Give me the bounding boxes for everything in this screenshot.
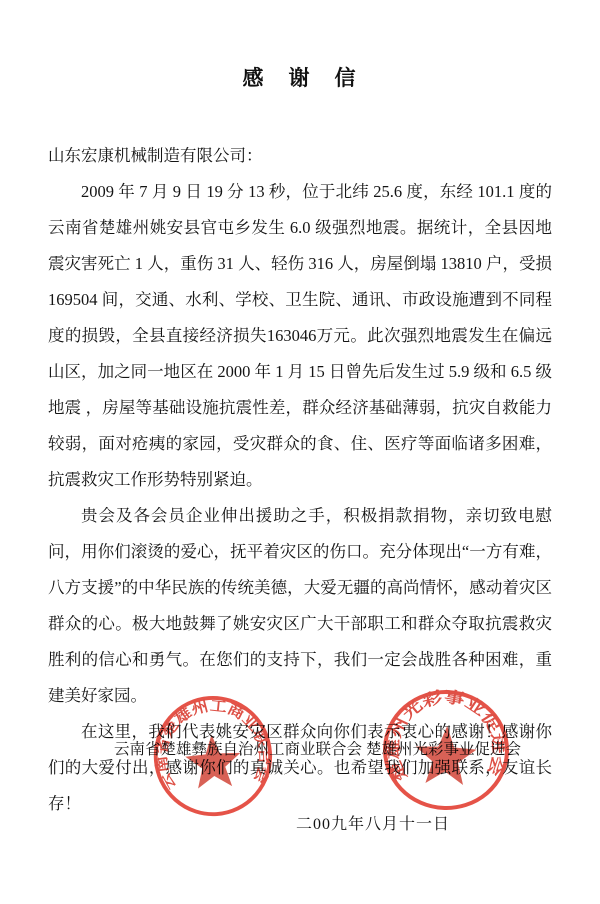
paragraph-earthquake-facts: 2009 年 7 月 9 日 19 分 13 秒，位于北纬 25.6 度，东经 … — [48, 174, 552, 498]
paragraph-closing: 在这里，我们代表姚安灾区群众向你们表示衷心的感谢！感谢你们的大爱付出，感谢你们的… — [48, 714, 552, 822]
letter-title: 感 谢 信 — [0, 62, 600, 92]
signature-guangcai-promotion-association: 楚雄州光彩事业促进会 — [366, 737, 521, 759]
addressee-line: 山东宏康机械制造有限公司： — [48, 138, 552, 174]
paragraph-gratitude: 贵会及各会员企业伸出援助之手，积极捐款捐物，亲切致电慰问，用你们滚烫的爱心，抚平… — [48, 498, 552, 714]
letter-page: 感 谢 信 山东宏康机械制造有限公司： 2009 年 7 月 9 日 19 分 … — [0, 0, 600, 904]
date-line: 二00九年八月十一日 — [296, 811, 450, 834]
letter-body: 山东宏康机械制造有限公司： 2009 年 7 月 9 日 19 分 13 秒，位… — [48, 138, 552, 822]
signature-federation-of-industry-and-commerce: 云南省楚雄彝族自治州工商业联合会 — [114, 737, 362, 759]
